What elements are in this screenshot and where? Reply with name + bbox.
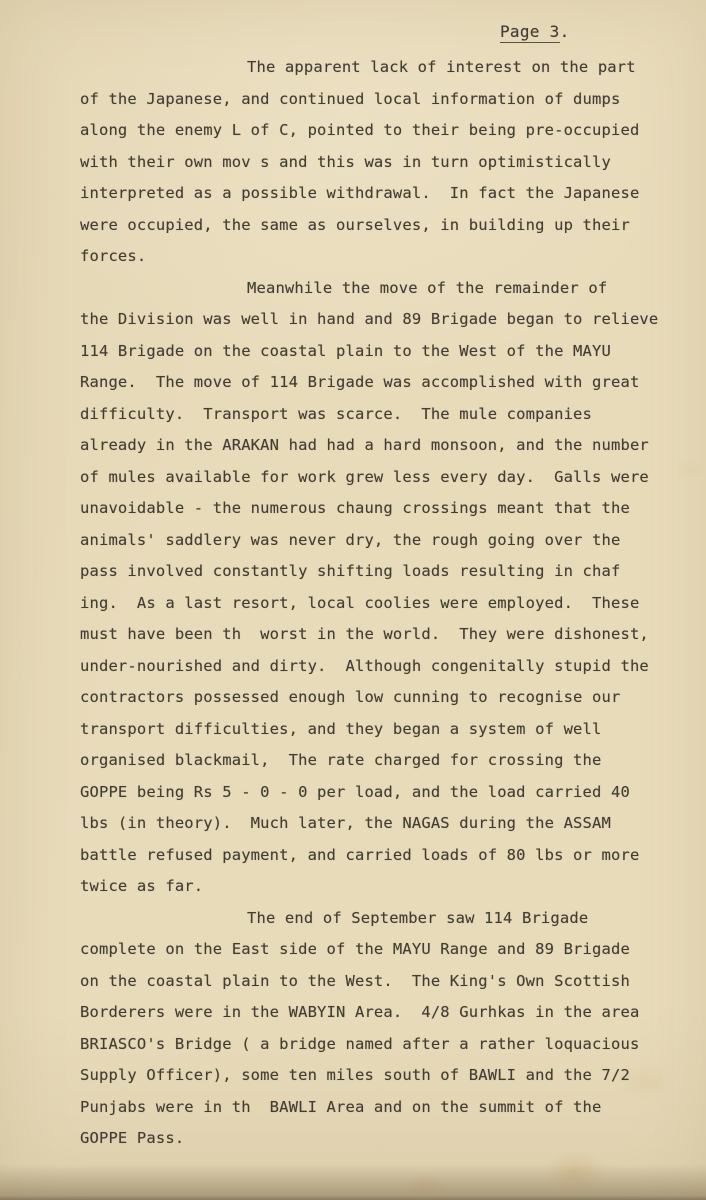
text-line: The apparent lack of interest on the par… <box>80 52 658 84</box>
text-line: ing. As a last resort, local coolies wer… <box>80 588 658 620</box>
text-line: of the Japanese, and continued local inf… <box>80 84 658 116</box>
text-line: Punjabs were in th BAWLI Area and on the… <box>80 1092 658 1124</box>
text-line: were occupied, the same as ourselves, in… <box>80 210 658 242</box>
text-line: forces. <box>80 241 658 273</box>
text-line: The end of September saw 114 Brigade <box>80 903 658 935</box>
text-line: pass involved constantly shifting loads … <box>80 556 658 588</box>
text-line: Meanwhile the move of the remainder of <box>80 273 658 305</box>
text-line: unavoidable - the numerous chaung crossi… <box>80 493 658 525</box>
text-line: battle refused payment, and carried load… <box>80 840 658 872</box>
page-number-period: . <box>560 22 570 41</box>
document-body: The apparent lack of interest on the par… <box>80 52 658 1155</box>
page-number-label: Page 3 <box>500 22 560 43</box>
text-line: difficulty. Transport was scarce. The mu… <box>80 399 658 431</box>
text-line: BRIASCO's Bridge ( a bridge named after … <box>80 1029 658 1061</box>
text-line: GOPPE Pass. <box>80 1123 658 1155</box>
text-line: on the coastal plain to the West. The Ki… <box>80 966 658 998</box>
text-line: lbs (in theory). Much later, the NAGAS d… <box>80 808 658 840</box>
text-line: must have been th worst in the world. Th… <box>80 619 658 651</box>
text-line: along the enemy L of C, pointed to their… <box>80 115 658 147</box>
text-line: Supply Officer), some ten miles south of… <box>80 1060 658 1092</box>
text-line: interpreted as a possible withdrawal. In… <box>80 178 658 210</box>
text-line: twice as far. <box>80 871 658 903</box>
text-line: GOPPE being Rs 5 - 0 - 0 per load, and t… <box>80 777 658 809</box>
text-line: with their own mov s and this was in tur… <box>80 147 658 179</box>
text-line: Borderers were in the WABYIN Area. 4/8 G… <box>80 997 658 1029</box>
text-line: already in the ARAKAN had had a hard mon… <box>80 430 658 462</box>
text-line: transport difficulties, and they began a… <box>80 714 658 746</box>
text-line: organised blackmail, The rate charged fo… <box>80 745 658 777</box>
text-line: contractors possessed enough low cunning… <box>80 682 658 714</box>
text-line: complete on the East side of the MAYU Ra… <box>80 934 658 966</box>
text-line: 114 Brigade on the coastal plain to the … <box>80 336 658 368</box>
document-page: Page 3. The apparent lack of interest on… <box>0 0 706 1200</box>
text-line: under-nourished and dirty. Although cong… <box>80 651 658 683</box>
text-line: of mules available for work grew less ev… <box>80 462 658 494</box>
page-number: Page 3. <box>500 22 570 41</box>
text-line: the Division was well in hand and 89 Bri… <box>80 304 658 336</box>
text-line: animals' saddlery was never dry, the rou… <box>80 525 658 557</box>
text-line: Range. The move of 114 Brigade was accom… <box>80 367 658 399</box>
